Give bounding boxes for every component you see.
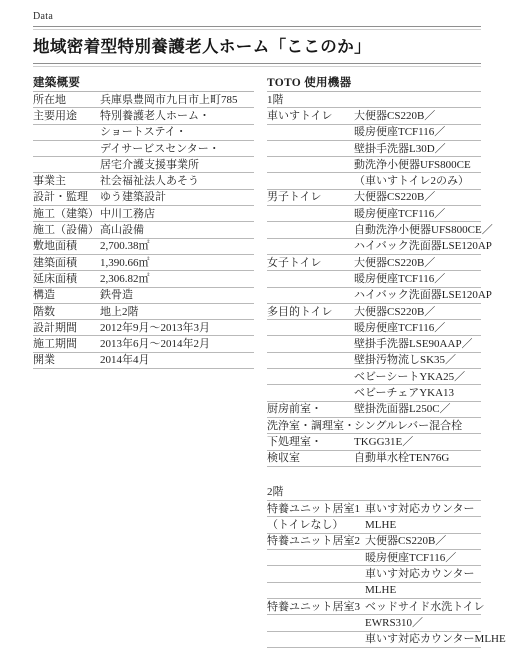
table-row: 厨房前室・壁掛洗面器L250C／ [267,402,481,418]
row-label: 特養ユニット居室3 [267,602,365,613]
table-row: MLHE [267,583,481,599]
table-row: （車いすトイレ2のみ） [267,173,481,189]
toto-floor1-table: 1階車いすトイレ大便器CS220B／暖房便座TCF116／壁掛手洗器L30D／動… [267,92,481,467]
top-divider [33,26,481,30]
row-label: 事業主 [33,176,100,187]
row-value: EWRS310／ [365,618,481,629]
title-divider [33,63,481,67]
row-value: 高山設備 [100,225,254,236]
table-row: 設計期間2012年9月〜2013年3月 [33,320,254,336]
row-label: 検収室 [267,453,354,464]
table-row: 事業主社会福祉法人あそう [33,173,254,189]
table-row: 施工（建築）中川工務店 [33,206,254,222]
row-value: 大便器CS220B／ [354,258,481,269]
row-value: 車いす対応カウンター [365,504,481,515]
table-row: 暖房便座TCF116／ [267,550,481,566]
row-value: デイサービスセンター・ [100,144,254,155]
row-value: 壁掛汚物流しSK35／ [354,355,481,366]
row-label: （トイレなし） [267,520,365,531]
row-value: 自動洗浄小便器UFS800CE／ [354,225,493,236]
row-label: 設計・監理 [33,192,100,203]
row-value: 中川工務店 [100,209,254,220]
row-value: 大便器CS220B／ [365,536,481,547]
row-value: 動洗浄小便器UFS800CE [354,160,481,171]
row-value: 壁掛手洗器L30D／ [354,144,481,155]
table-row: 施工期間2013年6月〜2014年2月 [33,336,254,352]
table-row: 洗浄室・調理室・シングルレバー混合栓 [267,418,481,434]
row-label: 特養ユニット居室2 [267,536,365,547]
row-label: 2階 [267,487,365,498]
row-value: 大便器CS220B／ [354,192,481,203]
table-row: 建築面積1,390.66㎡ [33,255,254,271]
table-row: EWRS310／ [267,615,481,631]
floor-section-row: 1階 [267,92,481,108]
row-value: TKGG31E／ [354,437,481,448]
building-overview-table: 所在地兵庫県豊岡市九日市上町785主要用途特別養護老人ホーム・ショートステイ・デ… [33,92,254,369]
row-value: ベビーチェアYKA13 [354,388,481,399]
table-row: 壁掛手洗器L30D／ [267,141,481,157]
table-row: 男子トイレ大便器CS220B／ [267,190,481,206]
table-row: 車いす対応カウンター [267,566,481,582]
table-row: 構造鉄骨造 [33,288,254,304]
table-row: 階数地上2階 [33,304,254,320]
row-value: 壁掛洗面器L250C／ [354,404,481,415]
row-label: 建築面積 [33,258,100,269]
row-label: 男子トイレ [267,192,354,203]
row-value: ハイバック洗面器LSE120AP [354,241,492,252]
row-value: 暖房便座TCF116／ [354,209,481,220]
row-value: 特別養護老人ホーム・ [100,111,254,122]
kicker-label: Data [33,11,53,22]
row-label: 階数 [33,307,100,318]
table-row: 暖房便座TCF116／ [267,125,481,141]
row-value: 暖房便座TCF116／ [354,323,481,334]
row-value: 居宅介護支援事業所 [100,160,254,171]
toto-equipment-section: TOTO 使用機器 1階車いすトイレ大便器CS220B／暖房便座TCF116／壁… [267,74,481,648]
table-row: 居宅介護支援事業所 [33,157,254,173]
table-row: 特養ユニット居室1車いす対応カウンター [267,501,481,517]
table-row: ベビーチェアYKA13 [267,385,481,401]
row-label: 多目的トイレ [267,307,354,318]
row-label: 延床面積 [33,274,100,285]
row-label: 厨房前室・ [267,404,354,415]
row-label: 構造 [33,290,100,301]
row-value: 2,306.82㎡ [100,274,254,285]
table-row: 暖房便座TCF116／ [267,271,481,287]
row-value: 2014年4月 [100,355,254,366]
table-row: 開業2014年4月 [33,353,254,369]
row-value: 壁掛手洗器LSE90AAP／ [354,339,481,350]
page-title: 地域密着型特別養護老人ホーム「ここのか」 [33,33,371,57]
toto-equipment-heading: TOTO 使用機器 [267,74,481,92]
row-label: 下処理室・ [267,437,354,448]
table-row: 特養ユニット居室3ベッドサイド水洗トイレ [267,599,481,615]
row-value: MLHE [365,585,481,596]
row-value: ショートステイ・ [100,127,254,138]
row-label: 設計期間 [33,323,100,334]
row-value: 暖房便座TCF116／ [354,127,481,138]
table-row: 自動洗浄小便器UFS800CE／ [267,222,481,238]
row-label: 1階 [267,95,354,106]
row-value: 1,390.66㎡ [100,258,254,269]
row-value: 鉄骨造 [100,290,254,301]
table-row: 施工（設備）高山設備 [33,222,254,238]
row-value: ベッドサイド水洗トイレ [365,602,485,613]
table-row: 敷地面積2,700.38㎡ [33,239,254,255]
table-row: ベビーシートYKA25／ [267,369,481,385]
building-overview-section: 建築概要 所在地兵庫県豊岡市九日市上町785主要用途特別養護老人ホーム・ショート… [33,74,254,369]
table-row: 主要用途特別養護老人ホーム・ [33,108,254,124]
table-row: 女子トイレ大便器CS220B／ [267,255,481,271]
table-row: 壁掛汚物流しSK35／ [267,353,481,369]
row-value: 車いす対応カウンターMLHE [365,634,506,645]
data-page: Data 地域密着型特別養護老人ホーム「ここのか」 建築概要 所在地兵庫県豊岡市… [0,0,512,668]
row-value: ハイバック洗面器LSE120AP [354,290,492,301]
row-value: ゆう建築設計 [100,192,254,203]
table-row: 車いす対応カウンターMLHE [267,632,481,648]
table-row: 暖房便座TCF116／ [267,206,481,222]
table-row: ショートステイ・ [33,125,254,141]
row-value: 暖房便座TCF116／ [354,274,481,285]
row-label: 女子トイレ [267,258,354,269]
floor-section-row: 2階 [267,485,481,501]
row-label: 敷地面積 [33,241,100,252]
row-label: 開業 [33,355,100,366]
row-label: 施工（建築） [33,209,100,220]
table-row: 暖房便座TCF116／ [267,320,481,336]
table-row: 延床面積2,306.82㎡ [33,271,254,287]
row-label: 主要用途 [33,111,100,122]
table-row: ハイバック洗面器LSE120AP [267,288,481,304]
table-row: 多目的トイレ大便器CS220B／ [267,304,481,320]
building-overview-heading: 建築概要 [33,74,254,92]
row-value: 暖房便座TCF116／ [365,553,481,564]
row-label: 洗浄室・調理室・ [267,421,354,432]
row-value: 車いす対応カウンター [365,569,481,580]
table-row: （トイレなし）MLHE [267,517,481,533]
table-row: ハイバック洗面器LSE120AP [267,239,481,255]
row-value: 大便器CS220B／ [354,111,481,122]
table-row: デイサービスセンター・ [33,141,254,157]
table-row: 設計・監理ゆう建築設計 [33,190,254,206]
table-row: 動洗浄小便器UFS800CE [267,157,481,173]
row-value: 大便器CS220B／ [354,307,481,318]
table-row: 壁掛手洗器LSE90AAP／ [267,336,481,352]
table-row: 車いすトイレ大便器CS220B／ [267,108,481,124]
row-value: 社会福祉法人あそう [100,176,254,187]
row-value: シングルレバー混合栓 [354,421,481,432]
row-value: 2,700.38㎡ [100,241,254,252]
row-value: MLHE [365,520,481,531]
table-row: 検収室自動単水栓TEN76G [267,451,481,467]
row-value: 自動単水栓TEN76G [354,453,481,464]
row-value: （車いすトイレ2のみ） [354,176,481,187]
row-label: 施工（設備） [33,225,100,236]
row-label: 所在地 [33,95,100,106]
table-row: 特養ユニット居室2大便器CS220B／ [267,534,481,550]
row-value: 地上2階 [100,307,254,318]
row-value: 2012年9月〜2013年3月 [100,323,254,334]
row-value: 兵庫県豊岡市九日市上町785 [100,95,254,106]
table-row: 下処理室・TKGG31E／ [267,434,481,450]
row-value: 2013年6月〜2014年2月 [100,339,254,350]
row-label: 特養ユニット居室1 [267,504,365,515]
row-label: 車いすトイレ [267,111,354,122]
row-value: ベビーシートYKA25／ [354,372,481,383]
toto-floor2-table: 2階特養ユニット居室1車いす対応カウンター（トイレなし）MLHE特養ユニット居室… [267,485,481,648]
row-label: 施工期間 [33,339,100,350]
table-row: 所在地兵庫県豊岡市九日市上町785 [33,92,254,108]
